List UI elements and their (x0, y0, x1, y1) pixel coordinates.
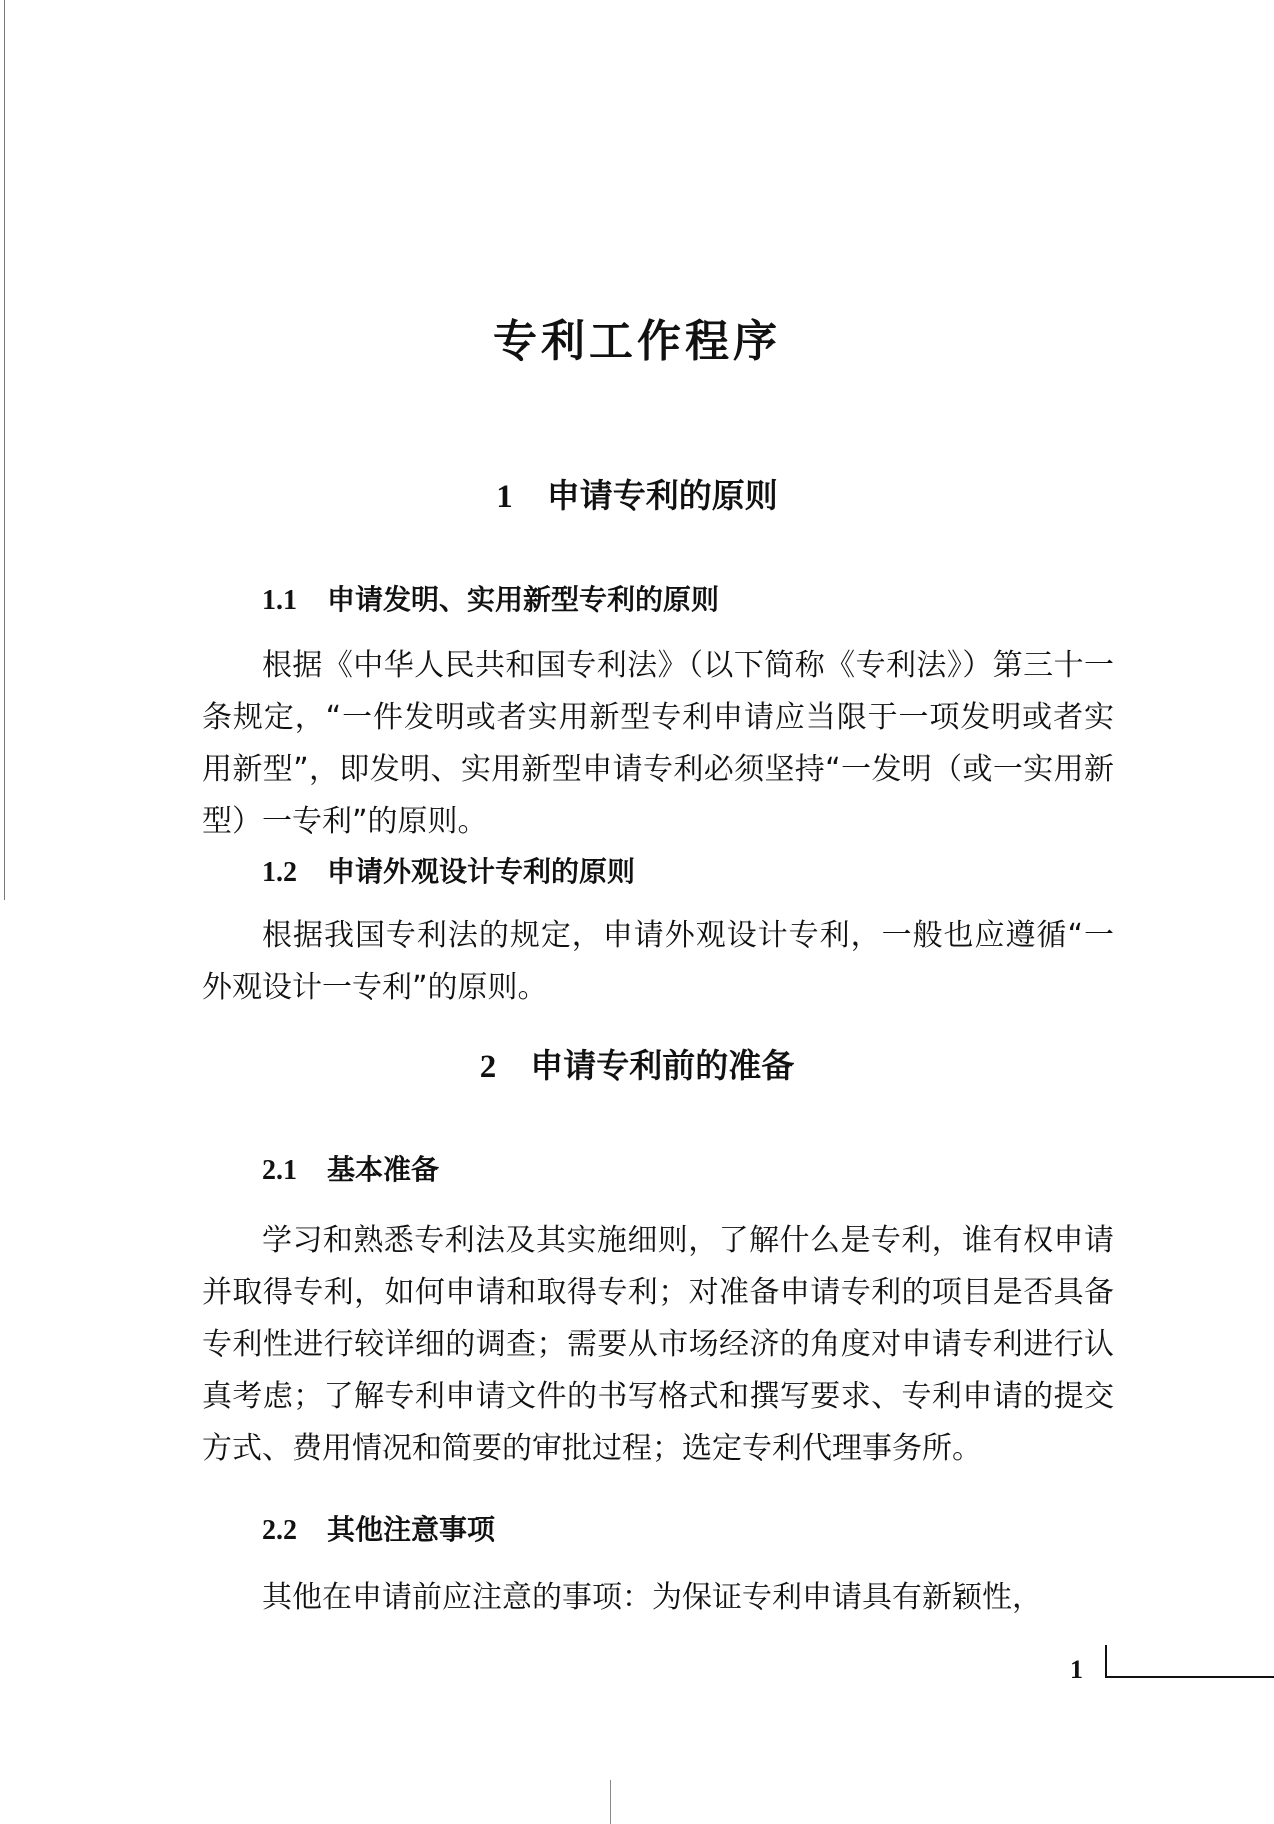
section-number: 2 (480, 1049, 497, 1085)
section-title: 申请专利的原则 (547, 476, 778, 515)
subsection-number: 2.2 (262, 1515, 297, 1546)
paragraph-2-2: 其他在申请前应注意的事项：为保证专利申请具有新颖性， (202, 1572, 1114, 1624)
page-footer-rule (1105, 1676, 1274, 1678)
page-title: 专利工作程序 (0, 305, 1274, 369)
subsection-title: 其他注意事项 (327, 1513, 495, 1546)
subsection-title: 申请发明、实用新型专利的原则 (327, 583, 719, 616)
section-heading-1: 1申请专利的原则 (0, 470, 1274, 517)
page-number: 1 (1070, 1655, 1083, 1685)
subsection-title: 申请外观设计专利的原则 (327, 855, 635, 888)
section-heading-2: 2申请专利前的准备 (0, 1040, 1274, 1087)
subsection-heading-1-2: 1.2申请外观设计专利的原则 (262, 850, 635, 890)
subsection-number: 1.2 (262, 857, 297, 888)
page-corner-rule (1105, 1645, 1107, 1677)
subsection-heading-1-1: 1.1申请发明、实用新型专利的原则 (262, 578, 719, 618)
section-title: 申请专利前的准备 (530, 1046, 794, 1085)
subsection-title: 基本准备 (327, 1153, 439, 1186)
scan-edge-line (4, 0, 5, 900)
subsection-number: 1.1 (262, 585, 297, 616)
section-number: 1 (496, 479, 513, 515)
subsection-number: 2.1 (262, 1155, 297, 1186)
paragraph-1-2: 根据我国专利法的规定，申请外观设计专利，一般也应遵循“一外观设计一专利”的原则。 (202, 910, 1114, 1014)
subsection-heading-2-1: 2.1基本准备 (262, 1148, 439, 1188)
paragraph-1-1: 根据《中华人民共和国专利法》（以下简称《专利法》）第三十一条规定，“一件发明或者… (202, 640, 1114, 848)
paragraph-2-1: 学习和熟悉专利法及其实施细则，了解什么是专利，谁有权申请并取得专利，如何申请和取… (202, 1215, 1114, 1475)
subsection-heading-2-2: 2.2其他注意事项 (262, 1508, 495, 1548)
gutter-line (610, 1780, 611, 1824)
